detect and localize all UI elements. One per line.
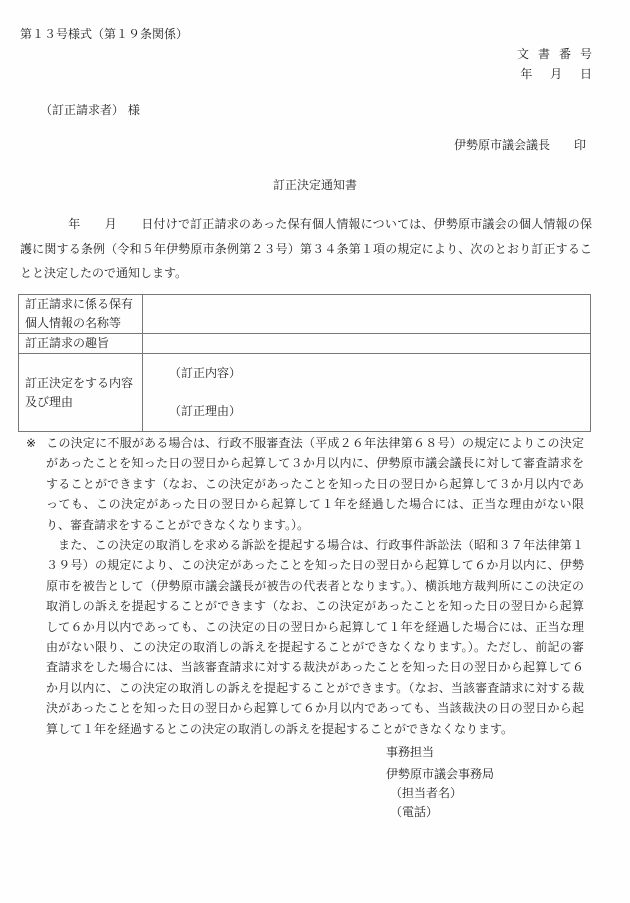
notice-paragraph-2: また、この決定の取消しを求める訴訟を提起する場合は、行政事件訴訟法（昭和３７年法… bbox=[38, 535, 584, 739]
spacer bbox=[149, 383, 584, 402]
notice-paragraph-1: ※この決定に不服がある場合は、行政不服審査法（平成２６年法律第６８号）の規定によ… bbox=[38, 433, 584, 535]
contact-person: （担当者名） bbox=[386, 784, 494, 803]
table-row: 訂正決定をする内容及び理由 （訂正内容） （訂正理由） bbox=[19, 354, 591, 432]
row-value-record-name bbox=[143, 295, 591, 334]
form-number: 第１３号様式（第１９条関係） bbox=[20, 27, 188, 41]
row-label-record-name: 訂正請求に係る保有個人情報の名称等 bbox=[19, 295, 143, 334]
appeal-notice: ※この決定に不服がある場合は、行政不服審査法（平成２６年法律第６８号）の規定によ… bbox=[38, 433, 584, 739]
row-value-decision: （訂正内容） （訂正理由） bbox=[143, 354, 591, 432]
document-number: 文書番号 bbox=[517, 47, 601, 61]
document-date: 年 月 日 bbox=[520, 67, 592, 81]
contact-office: 伊勢原市議会事務局 bbox=[386, 765, 494, 784]
table-row: 訂正請求に係る保有個人情報の名称等 bbox=[19, 295, 591, 334]
row-label-request-purpose: 訂正請求の趣旨 bbox=[19, 334, 143, 354]
info-table: 訂正請求に係る保有個人情報の名称等 訂正請求の趣旨 訂正決定をする内容及び理由 … bbox=[18, 294, 591, 432]
correction-reason-label: （訂正理由） bbox=[149, 402, 584, 421]
row-value-request-purpose bbox=[143, 334, 591, 354]
contact-block: 事務担当 伊勢原市議会事務局 （担当者名） （電話） bbox=[386, 742, 494, 822]
table-row: 訂正請求の趣旨 bbox=[19, 334, 591, 354]
row-label-decision: 訂正決定をする内容及び理由 bbox=[19, 354, 143, 432]
addressee: （訂正請求者） 様 bbox=[40, 103, 140, 117]
reference-mark: ※ bbox=[26, 433, 46, 453]
body-paragraph: 年 月 日付けで訂正請求のあった保有個人情報については、伊勢原市議会の個人情報の… bbox=[20, 212, 592, 286]
sender: 伊勢原市議会議長 印 bbox=[454, 138, 586, 152]
notice-text-1: この決定に不服がある場合は、行政不服審査法（平成２６年法律第６８号）の規定により… bbox=[46, 436, 584, 532]
document-title: 訂正決定通知書 bbox=[0, 178, 630, 192]
contact-heading: 事務担当 bbox=[386, 742, 494, 762]
correction-content-label: （訂正内容） bbox=[149, 364, 584, 383]
contact-phone: （電話） bbox=[386, 803, 494, 822]
date-fill: 年 月 bbox=[68, 217, 141, 231]
